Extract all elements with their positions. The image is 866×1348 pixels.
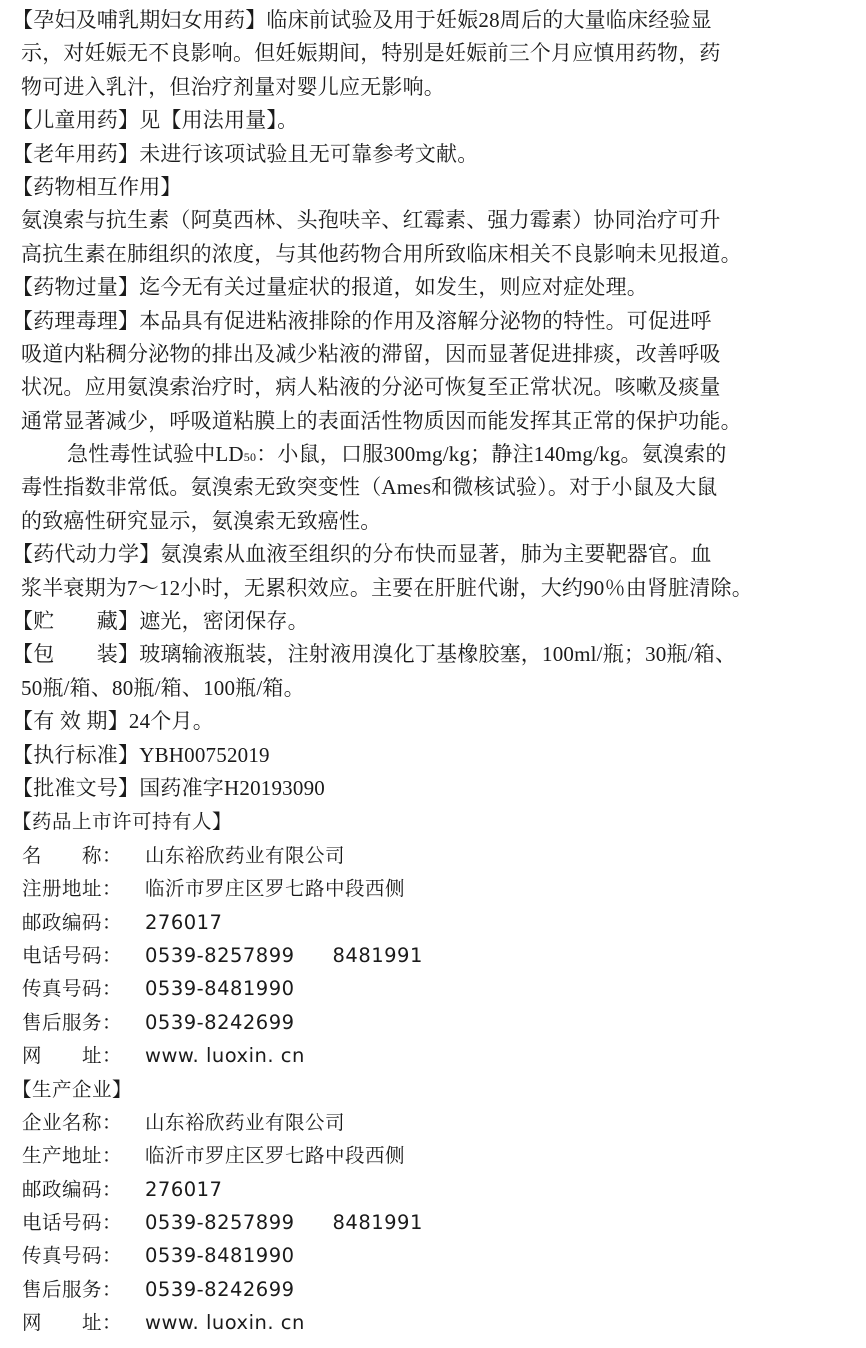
field-label: 售后服务： xyxy=(22,1006,145,1039)
pregnancy-text-line: 示，对妊娠无不良影响。但妊娠期间，特别是妊娠前三个月应慎用药物，药 xyxy=(12,37,866,70)
section-heading-elderly: 【老年用药】 xyxy=(12,142,139,166)
field-value: 276017 xyxy=(145,1173,222,1206)
pharmacokinetics-text-line: 浆半衰期为7～12小时，无累积效应。主要在肝脏代谢，大约90％由肾脏清除。 xyxy=(12,572,866,605)
field-value: 临沂市罗庄区罗七路中段西侧 xyxy=(145,1139,405,1172)
section-heading-standard: 【执行标准】 xyxy=(12,743,139,767)
pregnancy-text-line: 物可进入乳汁，但治疗剂量对婴儿应无影响。 xyxy=(12,71,866,104)
field-label: 企业名称： xyxy=(22,1106,145,1139)
field-label: 邮政编码： xyxy=(22,1173,145,1206)
packaging-section-line: 【包 装】玻璃输液瓶装，注射液用溴化丁基橡胶塞，100ml/瓶；30瓶/箱、 xyxy=(12,638,866,671)
field-value: 0539-8481990 xyxy=(145,972,295,1005)
field-value: www. luoxin. cn xyxy=(145,1306,305,1339)
toxicity-text-pre: 急性毒性试验中LD xyxy=(67,442,244,466)
toxicity-text-line: 毒性指数非常低。氨溴索无致突变性（Ames和微核试验）。对于小鼠及大鼠 xyxy=(12,471,866,504)
pharmacology-text: 本品具有促进粘液排除的作用及溶解分泌物的特性。可促进呼 xyxy=(139,309,711,333)
validity-section-line: 【有 效 期】24个月。 xyxy=(12,705,866,738)
packaging-text-line: 50瓶/箱、80瓶/箱、100瓶/箱。 xyxy=(12,672,866,705)
field-value-secondary: 8481991 xyxy=(333,939,423,972)
overdose-section-line: 【药物过量】迄今无有关过量症状的报道，如发生，则应对症处理。 xyxy=(12,271,866,304)
interactions-text-line: 氨溴索与抗生素（阿莫西林、头孢呋辛、红霉素、强力霉素）协同治疗可升 xyxy=(12,204,866,237)
field-value: www. luoxin. cn xyxy=(145,1039,305,1072)
interactions-text-line: 高抗生素在肺组织的浓度，与其他药物合用所致临床相关不良影响未见报道。 xyxy=(12,238,866,271)
mah-field-postcode: 邮政编码：276017 xyxy=(12,906,866,939)
section-heading-validity: 【有 效 期】 xyxy=(12,709,129,733)
storage-section-line: 【贮 藏】遮光，密闭保存。 xyxy=(12,605,866,638)
mah-field-name: 名 称：山东裕欣药业有限公司 xyxy=(12,839,866,872)
section-heading-pregnancy: 【孕妇及哺乳期妇女用药】 xyxy=(12,8,266,32)
standard-section-line: 【执行标准】YBH00752019 xyxy=(12,739,866,772)
children-text: 见【用法用量】。 xyxy=(139,108,298,132)
mah-field-fax: 传真号码：0539-8481990 xyxy=(12,972,866,1005)
mfr-field-fax: 传真号码：0539-8481990 xyxy=(12,1239,866,1272)
approval-section-line: 【批准文号】国药准字H20193090 xyxy=(12,772,866,805)
field-value: 0539-8481990 xyxy=(145,1239,295,1272)
section-heading-overdose: 【药物过量】 xyxy=(12,275,139,299)
section-heading-children: 【儿童用药】 xyxy=(12,108,139,132)
mah-field-website: 网 址：www. luoxin. cn xyxy=(12,1039,866,1072)
children-section-line: 【儿童用药】见【用法用量】。 xyxy=(12,104,866,137)
elderly-section-line: 【老年用药】未进行该项试验且无可靠参考文献。 xyxy=(12,138,866,171)
mfr-field-postcode: 邮政编码：276017 xyxy=(12,1173,866,1206)
approval-text: 国药准字H20193090 xyxy=(139,776,325,800)
field-label: 名 称： xyxy=(22,839,145,872)
field-value: 276017 xyxy=(145,906,222,939)
mfr-field-phone: 电话号码：0539-82578998481991 xyxy=(12,1206,866,1239)
field-label: 电话号码： xyxy=(22,1206,145,1239)
field-value: 山东裕欣药业有限公司 xyxy=(145,839,345,872)
ld50-subscript: 50 xyxy=(244,450,256,464)
section-heading-interactions: 【药物相互作用】 xyxy=(12,171,866,204)
pharmacology-section-line: 【药理毒理】本品具有促进粘液排除的作用及溶解分泌物的特性。可促进呼 xyxy=(12,305,866,338)
toxicity-text-line: 急性毒性试验中LD50：小鼠，口服300mg/kg；静注140mg/kg。氨溴索… xyxy=(12,438,866,471)
section-heading-manufacturer: 【生产企业】 xyxy=(12,1073,866,1106)
packaging-text: 玻璃输液瓶装，注射液用溴化丁基橡胶塞，100ml/瓶；30瓶/箱、 xyxy=(139,642,736,666)
pharmacokinetics-text: 氨溴索从血液至组织的分布快而显著，肺为主要靶器官。血 xyxy=(160,542,711,566)
field-value: 0539-8242699 xyxy=(145,1273,295,1306)
mfr-field-service: 售后服务：0539-8242699 xyxy=(12,1273,866,1306)
toxicity-text-post: ：小鼠，口服300mg/kg；静注140mg/kg。氨溴索的 xyxy=(256,442,726,466)
pharmacology-text-line: 吸道内粘稠分泌物的排出及减少粘液的滞留，因而显著促进排痰，改善呼吸 xyxy=(12,338,866,371)
toxicity-text-line: 的致癌性研究显示，氨溴索无致癌性。 xyxy=(12,505,866,538)
mah-field-address: 注册地址：临沂市罗庄区罗七路中段西侧 xyxy=(12,872,866,905)
field-label: 注册地址： xyxy=(22,872,145,905)
field-value: 山东裕欣药业有限公司 xyxy=(145,1106,345,1139)
field-label: 售后服务： xyxy=(22,1273,145,1306)
elderly-text: 未进行该项试验且无可靠参考文献。 xyxy=(139,142,478,166)
mah-field-service: 售后服务：0539-8242699 xyxy=(12,1006,866,1039)
field-value: 0539-8257899 xyxy=(145,939,295,972)
section-heading-pharmacokinetics: 【药代动力学】 xyxy=(12,542,160,566)
field-value: 0539-8257899 xyxy=(145,1206,295,1239)
section-heading-packaging: 【包 装】 xyxy=(12,642,139,666)
field-value: 0539-8242699 xyxy=(145,1006,295,1039)
section-heading-pharmacology: 【药理毒理】 xyxy=(12,309,139,333)
field-label: 传真号码： xyxy=(22,972,145,1005)
mfr-field-address: 生产地址：临沂市罗庄区罗七路中段西侧 xyxy=(12,1139,866,1172)
field-label: 邮政编码： xyxy=(22,906,145,939)
mfr-field-name: 企业名称：山东裕欣药业有限公司 xyxy=(12,1106,866,1139)
mfr-field-website: 网 址：www. luoxin. cn xyxy=(12,1306,866,1339)
field-label: 传真号码： xyxy=(22,1239,145,1272)
section-heading-approval: 【批准文号】 xyxy=(12,776,139,800)
standard-text: YBH00752019 xyxy=(139,743,270,767)
section-heading-mah: 【药品上市许可持有人】 xyxy=(12,805,866,838)
pharmacology-text-line: 状况。应用氨溴索治疗时，病人粘液的分泌可恢复至正常状况。咳嗽及痰量 xyxy=(12,371,866,404)
validity-text: 24个月。 xyxy=(129,709,214,733)
pharmacokinetics-section-line: 【药代动力学】氨溴索从血液至组织的分布快而显著，肺为主要靶器官。血 xyxy=(12,538,866,571)
mah-field-phone: 电话号码：0539-82578998481991 xyxy=(12,939,866,972)
field-label: 生产地址： xyxy=(22,1139,145,1172)
field-label: 电话号码： xyxy=(22,939,145,972)
field-value-secondary: 8481991 xyxy=(333,1206,423,1239)
field-value: 临沂市罗庄区罗七路中段西侧 xyxy=(145,872,405,905)
package-insert-document: 【孕妇及哺乳期妇女用药】临床前试验及用于妊娠28周后的大量临床经验显 示，对妊娠… xyxy=(0,0,866,1340)
field-label: 网 址： xyxy=(22,1039,145,1072)
overdose-text: 迄今无有关过量症状的报道，如发生，则应对症处理。 xyxy=(139,275,648,299)
pregnancy-text: 临床前试验及用于妊娠28周后的大量临床经验显 xyxy=(266,8,711,32)
field-label: 网 址： xyxy=(22,1306,145,1339)
storage-text: 遮光，密闭保存。 xyxy=(139,609,309,633)
pharmacology-text-line: 通常显著减少，呼吸道粘膜上的表面活性物质因而能发挥其正常的保护功能。 xyxy=(12,405,866,438)
pregnancy-section-line: 【孕妇及哺乳期妇女用药】临床前试验及用于妊娠28周后的大量临床经验显 xyxy=(12,4,866,37)
section-heading-storage: 【贮 藏】 xyxy=(12,609,139,633)
